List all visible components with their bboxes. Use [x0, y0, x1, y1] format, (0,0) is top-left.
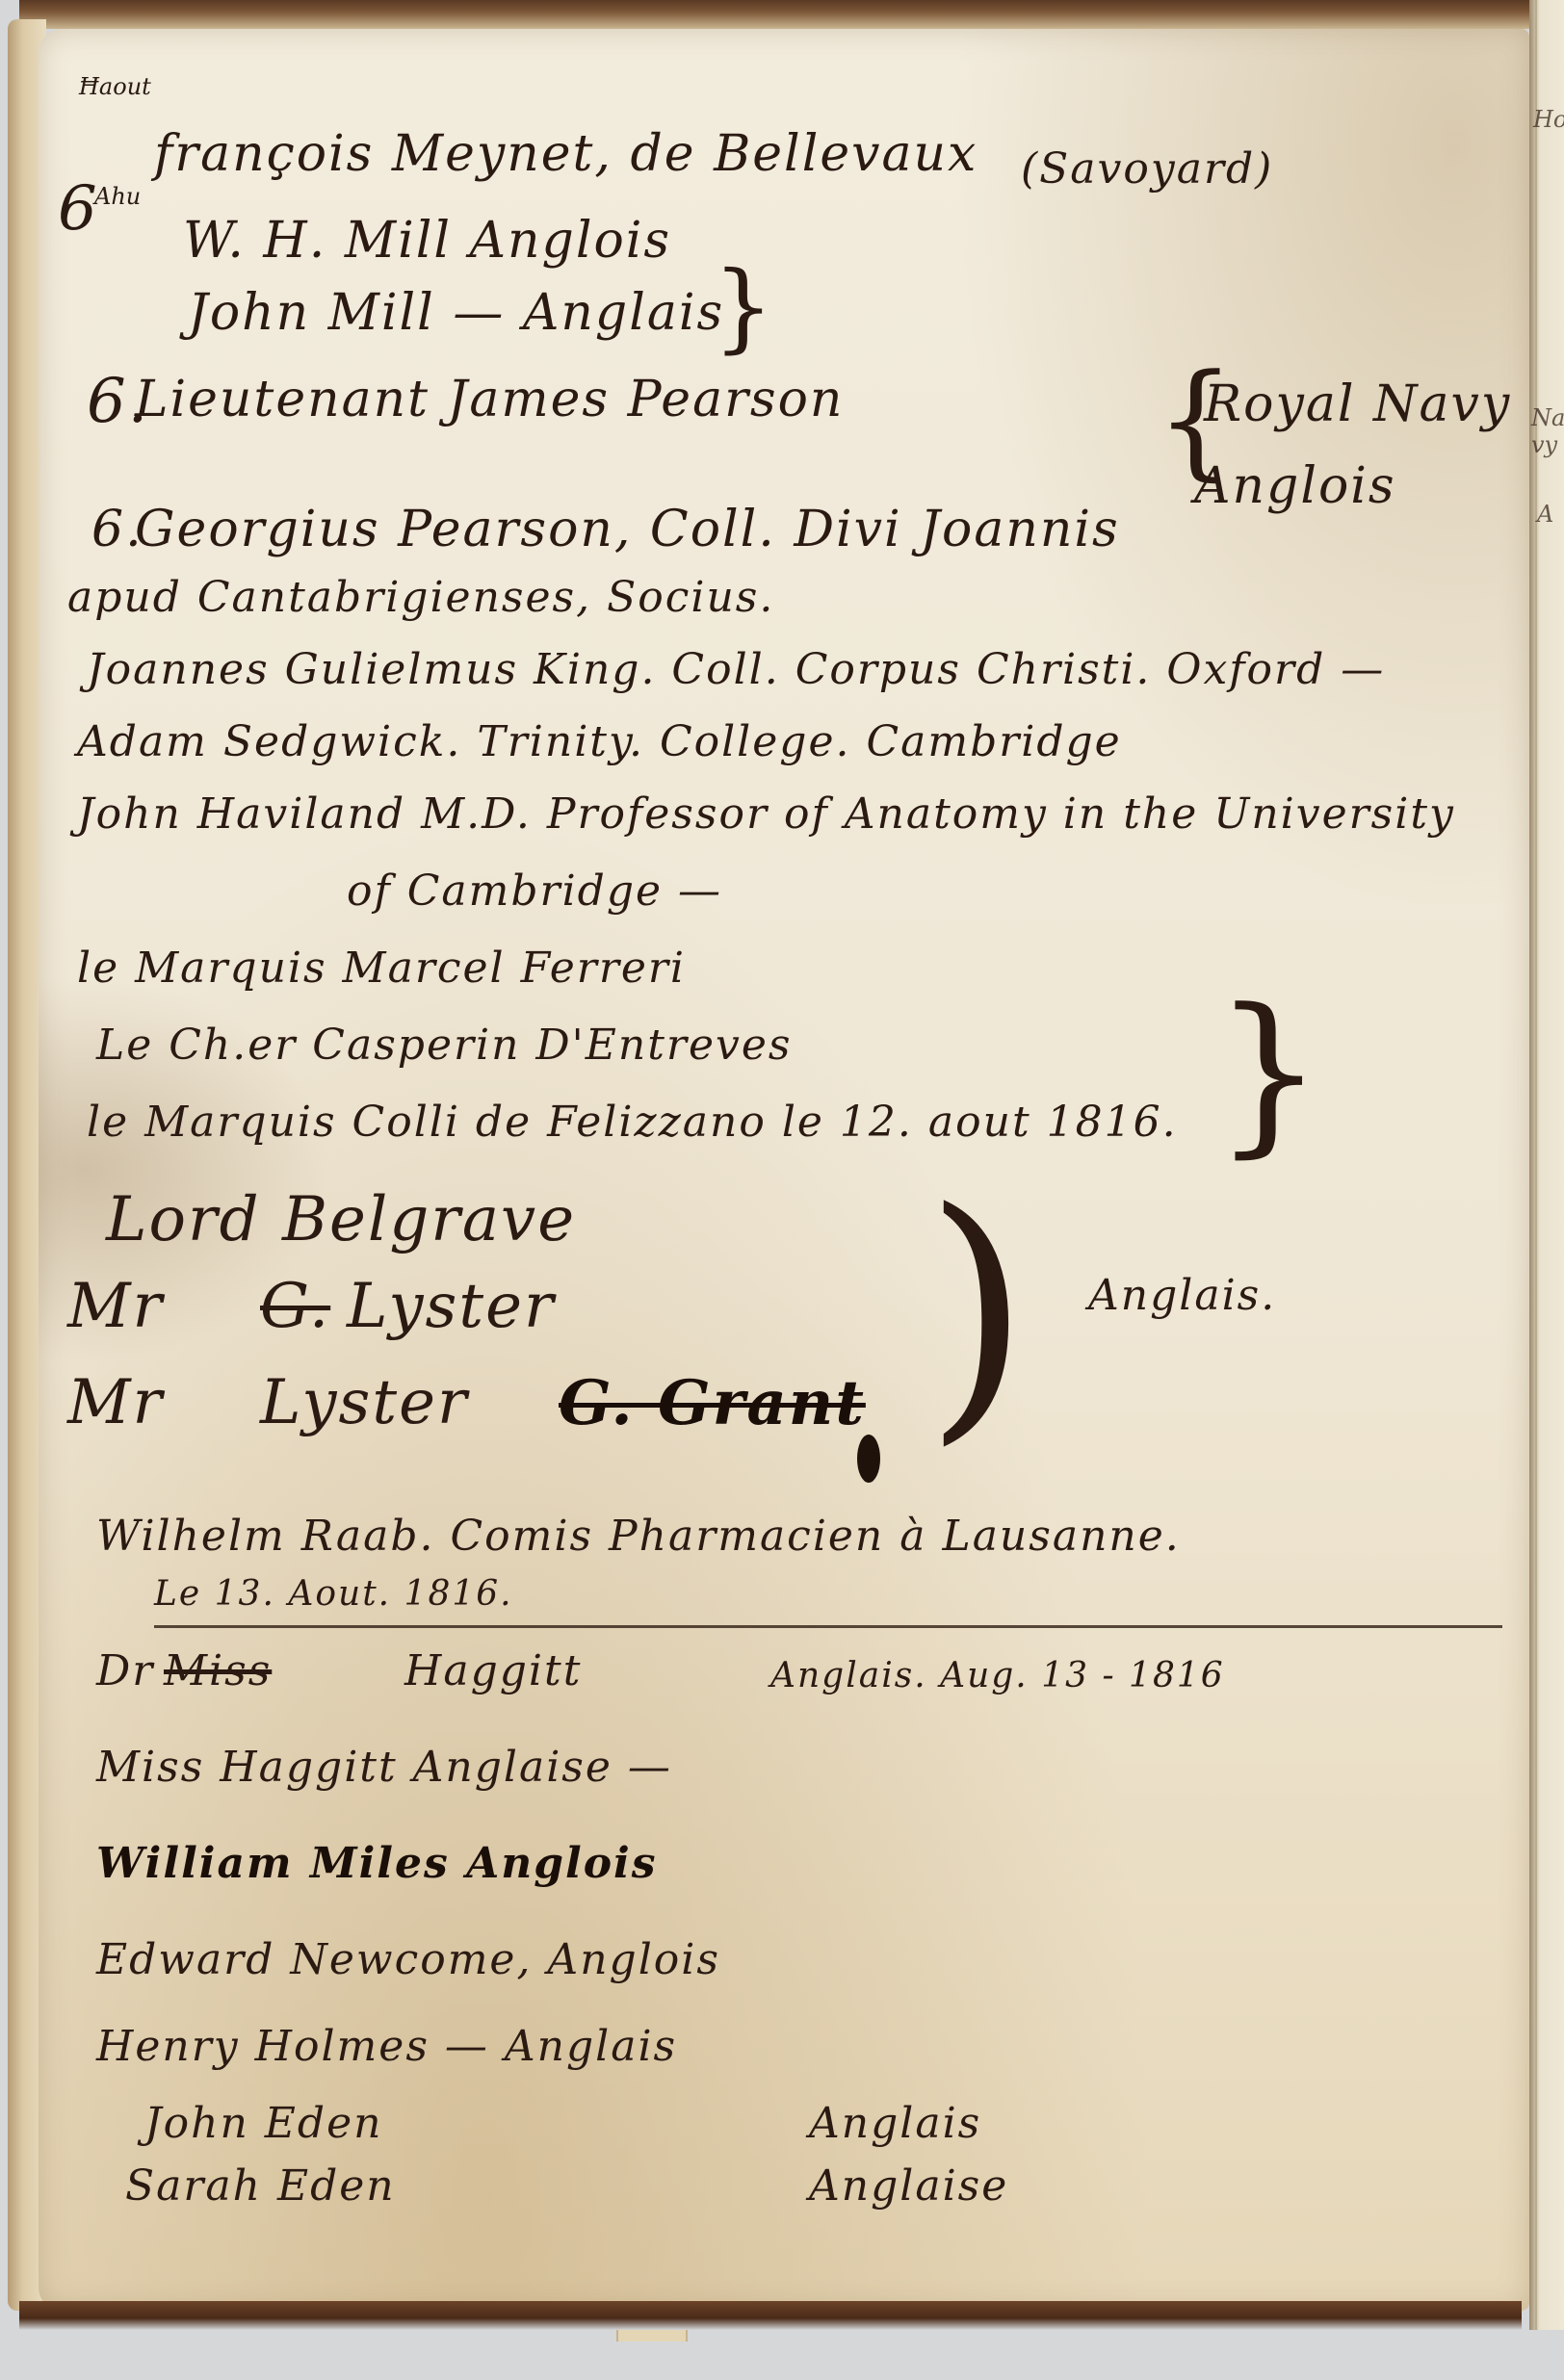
entry-line: William Miles Anglois — [96, 1839, 658, 1888]
entry-line: Edward Newcome, Anglois — [96, 1935, 720, 1984]
entry-line: Haggitt — [404, 1646, 582, 1695]
entry-line: Le Ch.er Casperin D'Entreves — [96, 1021, 792, 1070]
entry-line: John Mill — Anglais — [188, 284, 724, 342]
divider-rule — [154, 1625, 1502, 1628]
entry-line: John Eden — [144, 2099, 382, 2148]
entry-date: Le 13. Aout. 1816. — [154, 1574, 513, 1614]
entry-prefix: Mr — [67, 1367, 164, 1438]
struck-text: G. — [260, 1271, 330, 1342]
entry-note: Royal Navy — [1204, 375, 1511, 433]
entry-line: of Cambridge — — [347, 867, 722, 916]
brace: } — [1213, 972, 1324, 1174]
entry-note: Anglaise — [809, 2161, 1008, 2211]
entry-note: Anglais — [809, 2099, 981, 2148]
entry-line: le Marquis Colli de Felizzano le 12. aou… — [87, 1098, 1178, 1147]
brace: ) — [925, 1155, 1030, 1469]
margin-note-side: Ahu — [94, 183, 141, 210]
entry-line: W. H. Mill Anglois — [183, 212, 671, 270]
entry-line: le Marquis Marcel Ferreri — [77, 944, 686, 993]
entry-line: John Haviland M.D. Professor of Anatomy … — [77, 789, 1455, 839]
entry-line: Georgius Pearson, Coll. Divi Joannis — [135, 501, 1120, 558]
right-page-edge — [1529, 0, 1564, 2330]
entry-prefix: Mr — [67, 1271, 164, 1342]
struck-text: G. Grant — [559, 1367, 866, 1439]
struck-text: Miss — [164, 1646, 272, 1695]
brace: } — [713, 250, 774, 363]
entry-line: apud Cantabrigienses, Socius. — [67, 573, 774, 622]
entry-note: (Savoyard) — [1021, 144, 1273, 194]
entry-line: Lord Belgrave — [106, 1184, 576, 1255]
entry-line: Joannes Gulielmus King. Coll. Corpus Chr… — [87, 645, 1385, 694]
book-edge-top — [19, 0, 1545, 29]
entry-line: Adam Sedgwick. Trinity. College. Cambrid… — [77, 717, 1122, 766]
entry-line: Henry Holmes — Anglais — [96, 2022, 677, 2071]
entry-line: Miss Haggitt Anglaise — — [96, 1743, 672, 1792]
entry-line: françois Meynet, de Bellevaux — [154, 125, 977, 183]
entry-margin-number: 6 — [58, 173, 99, 245]
entry-note: Anglais. Aug. 13 - 1816 — [770, 1656, 1225, 1695]
entry-prefix: Dr — [96, 1646, 154, 1695]
adjacent-page-text: Na-vy — [1531, 404, 1564, 458]
ink-blot — [857, 1435, 880, 1483]
entry-note: Anglois — [1194, 457, 1396, 515]
book-edge-bottom — [19, 2301, 1522, 2330]
entry-line: Lyster — [260, 1367, 469, 1438]
adjacent-page-text: Ho — [1533, 106, 1564, 133]
margin-note-top: Ħaout — [79, 73, 151, 100]
page-fold — [1535, 0, 1537, 2330]
entry-line: Lieutenant James Pearson — [135, 371, 844, 428]
entry-line: Lyster — [347, 1271, 556, 1342]
entry-line: Wilhelm Raab. Comis Pharmacien à Lausann… — [96, 1512, 1181, 1561]
entry-line: Sarah Eden — [125, 2161, 396, 2211]
register-page: Ħaout 6 Ahu françois Meynet, de Bellevau… — [39, 29, 1529, 2311]
entry-note: Anglais. — [1088, 1271, 1276, 1320]
adjacent-page-text: A — [1537, 501, 1553, 528]
